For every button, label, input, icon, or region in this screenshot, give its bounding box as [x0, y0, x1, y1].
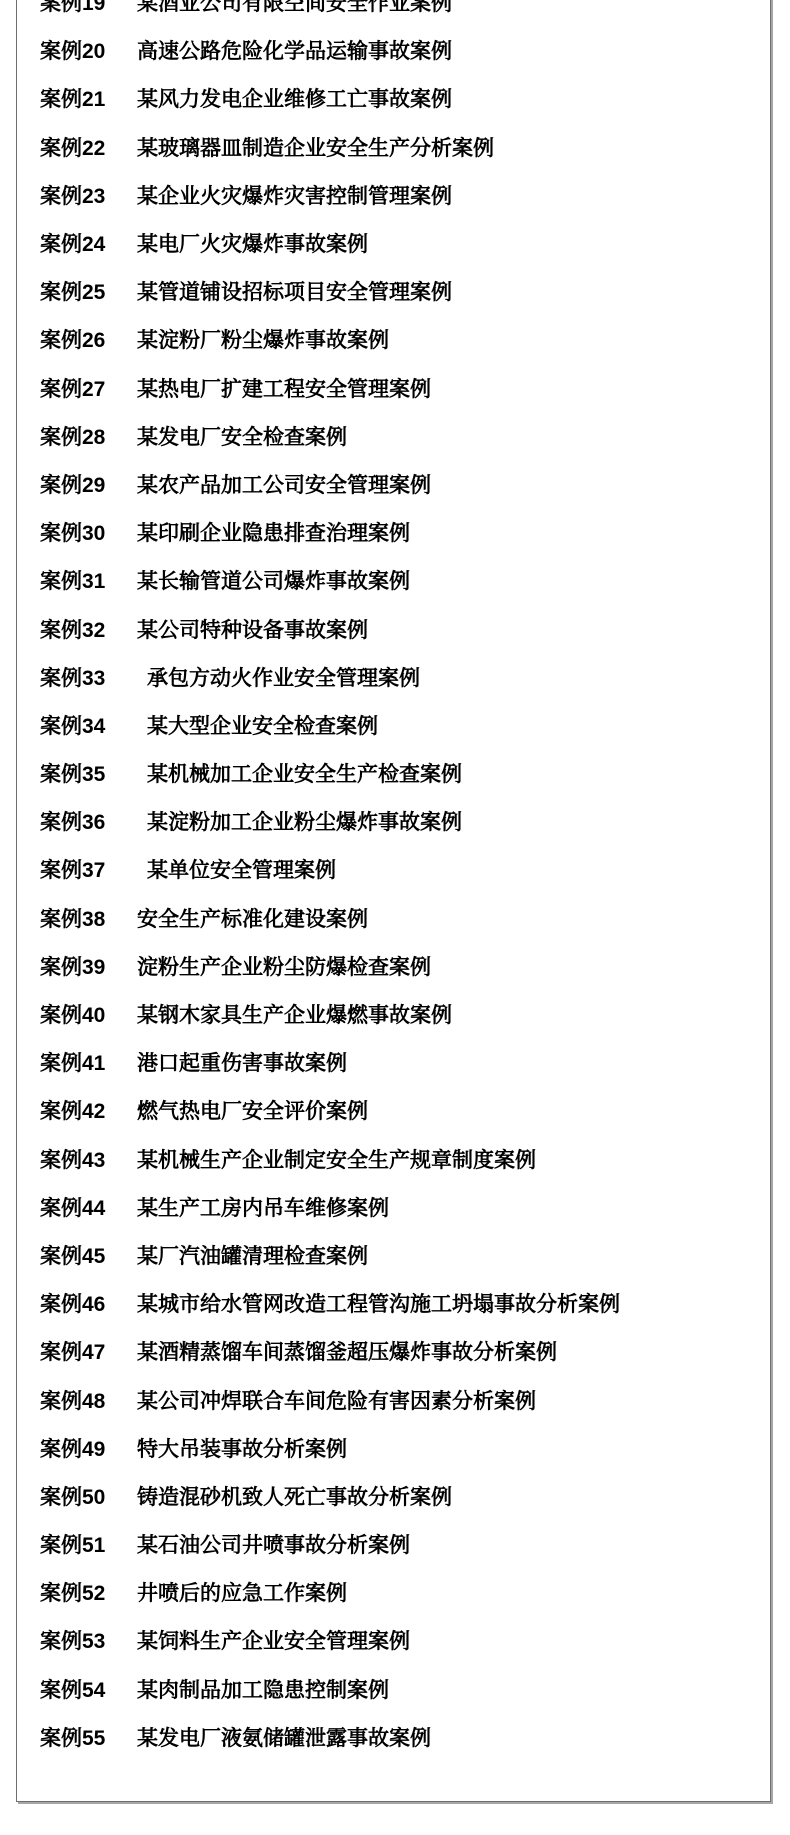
- case-number-label: 案例35: [40, 758, 137, 788]
- list-item: 案例33 承包方动火作业安全管理案例: [40, 653, 770, 701]
- list-item: 案例46 某城市给水管网改造工程管沟施工坍塌事故分析案例: [40, 1279, 770, 1327]
- case-number-label: 案例55: [40, 1722, 137, 1752]
- case-number-label: 案例20: [40, 35, 137, 65]
- list-item: 案例45 某厂汽油罐清理检查案例: [40, 1231, 770, 1279]
- case-number-label: 案例53: [40, 1625, 137, 1655]
- list-item: 案例40 某钢木家具生产企业爆燃事故案例: [40, 990, 770, 1038]
- list-item: 案例19 某酒业公司有限空间安全作业案例: [40, 0, 770, 26]
- list-item: 案例54 某肉制品加工隐患控制案例: [40, 1665, 770, 1713]
- case-title: 某机械加工企业安全生产检查案例: [147, 758, 462, 788]
- case-title: 某管道铺设招标项目安全管理案例: [137, 276, 452, 306]
- case-number-label: 案例29: [40, 469, 137, 499]
- case-number-label: 案例25: [40, 276, 137, 306]
- case-title: 港口起重伤害事故案例: [137, 1047, 347, 1077]
- list-item: 案例35 某机械加工企业安全生产检查案例: [40, 749, 770, 797]
- case-number-label: 案例40: [40, 999, 137, 1029]
- case-title: 某电厂火灾爆炸事故案例: [137, 228, 368, 258]
- case-title: 某淀粉厂粉尘爆炸事故案例: [137, 324, 389, 354]
- case-title: 某厂汽油罐清理检查案例: [137, 1240, 368, 1270]
- case-number-label: 案例52: [40, 1577, 137, 1607]
- list-item: 案例32 某公司特种设备事故案例: [40, 604, 770, 652]
- case-title: 某淀粉加工企业粉尘爆炸事故案例: [147, 806, 462, 836]
- document-page-frame: 案例19 某酒业公司有限空间安全作业案例 案例20 高速公路危险化学品运输事故案…: [16, 0, 771, 1802]
- list-item: 案例48 某公司冲焊联合车间危险有害因素分析案例: [40, 1375, 770, 1423]
- case-title: 安全生产标准化建设案例: [137, 903, 368, 933]
- case-number-label: 案例26: [40, 324, 137, 354]
- list-item: 案例23 某企业火灾爆炸灾害控制管理案例: [40, 171, 770, 219]
- case-number-label: 案例51: [40, 1529, 137, 1559]
- list-item: 案例44 某生产工房内吊车维修案例: [40, 1183, 770, 1231]
- list-item: 案例39 淀粉生产企业粉尘防爆检查案例: [40, 942, 770, 990]
- case-title: 某长输管道公司爆炸事故案例: [137, 565, 410, 595]
- list-item: 案例43 某机械生产企业制定安全生产规章制度案例: [40, 1135, 770, 1183]
- case-title: 承包方动火作业安全管理案例: [147, 662, 420, 692]
- case-title: 某生产工房内吊车维修案例: [137, 1192, 389, 1222]
- case-title: 某单位安全管理案例: [147, 854, 336, 884]
- list-item: 案例24 某电厂火灾爆炸事故案例: [40, 219, 770, 267]
- case-list: 案例19 某酒业公司有限空间安全作业案例 案例20 高速公路危险化学品运输事故案…: [17, 0, 770, 1761]
- list-item: 案例31 某长输管道公司爆炸事故案例: [40, 556, 770, 604]
- list-item: 案例38 安全生产标准化建设案例: [40, 894, 770, 942]
- case-number-label: 案例27: [40, 373, 137, 403]
- list-item: 案例37 某单位安全管理案例: [40, 845, 770, 893]
- case-title: 某农产品加工公司安全管理案例: [137, 469, 431, 499]
- list-item: 案例53 某饲料生产企业安全管理案例: [40, 1616, 770, 1664]
- list-item: 案例55 某发电厂液氨储罐泄露事故案例: [40, 1713, 770, 1761]
- case-number-label: 案例42: [40, 1095, 137, 1125]
- case-title: 某酒业公司有限空间安全作业案例: [137, 0, 452, 17]
- list-item: 案例51 某石油公司井喷事故分析案例: [40, 1520, 770, 1568]
- list-item: 案例50 铸造混砂机致人死亡事故分析案例: [40, 1472, 770, 1520]
- case-number-label: 案例46: [40, 1288, 137, 1318]
- case-title: 某大型企业安全检查案例: [147, 710, 378, 740]
- case-number-label: 案例54: [40, 1674, 137, 1704]
- list-item: 案例26 某淀粉厂粉尘爆炸事故案例: [40, 315, 770, 363]
- case-title: 某玻璃器皿制造企业安全生产分析案例: [137, 132, 494, 162]
- case-title: 某热电厂扩建工程安全管理案例: [137, 373, 431, 403]
- case-title: 铸造混砂机致人死亡事故分析案例: [137, 1481, 452, 1511]
- list-item: 案例49 特大吊装事故分析案例: [40, 1424, 770, 1472]
- list-item: 案例42 燃气热电厂安全评价案例: [40, 1086, 770, 1134]
- list-item: 案例47 某酒精蒸馏车间蒸馏釜超压爆炸事故分析案例: [40, 1327, 770, 1375]
- case-title: 某企业火灾爆炸灾害控制管理案例: [137, 180, 452, 210]
- case-number-label: 案例36: [40, 806, 137, 836]
- case-number-label: 案例38: [40, 903, 137, 933]
- case-title: 某公司特种设备事故案例: [137, 614, 368, 644]
- case-number-label: 案例43: [40, 1144, 137, 1174]
- list-item: 案例28 某发电厂安全检查案例: [40, 412, 770, 460]
- case-title: 某肉制品加工隐患控制案例: [137, 1674, 389, 1704]
- case-title: 井喷后的应急工作案例: [137, 1577, 347, 1607]
- case-number-label: 案例19: [40, 0, 137, 17]
- case-title: 燃气热电厂安全评价案例: [137, 1095, 368, 1125]
- list-item: 案例52 井喷后的应急工作案例: [40, 1568, 770, 1616]
- case-number-label: 案例28: [40, 421, 137, 451]
- list-item: 案例27 某热电厂扩建工程安全管理案例: [40, 364, 770, 412]
- case-number-label: 案例45: [40, 1240, 137, 1270]
- case-title: 某公司冲焊联合车间危险有害因素分析案例: [137, 1385, 536, 1415]
- case-number-label: 案例23: [40, 180, 137, 210]
- case-number-label: 案例37: [40, 854, 137, 884]
- case-number-label: 案例33: [40, 662, 137, 692]
- case-title: 某石油公司井喷事故分析案例: [137, 1529, 410, 1559]
- case-number-label: 案例22: [40, 132, 137, 162]
- case-title: 某机械生产企业制定安全生产规章制度案例: [137, 1144, 536, 1174]
- case-number-label: 案例47: [40, 1336, 137, 1366]
- case-title: 特大吊装事故分析案例: [137, 1433, 347, 1463]
- case-title: 某城市给水管网改造工程管沟施工坍塌事故分析案例: [137, 1288, 620, 1318]
- list-item: 案例21 某风力发电企业维修工亡事故案例: [40, 74, 770, 122]
- list-item: 案例22 某玻璃器皿制造企业安全生产分析案例: [40, 123, 770, 171]
- case-number-label: 案例49: [40, 1433, 137, 1463]
- case-number-label: 案例30: [40, 517, 137, 547]
- case-number-label: 案例41: [40, 1047, 137, 1077]
- list-item: 案例20 高速公路危险化学品运输事故案例: [40, 26, 770, 74]
- case-title: 某发电厂安全检查案例: [137, 421, 347, 451]
- case-title: 某风力发电企业维修工亡事故案例: [137, 83, 452, 113]
- list-item: 案例29 某农产品加工公司安全管理案例: [40, 460, 770, 508]
- case-number-label: 案例44: [40, 1192, 137, 1222]
- list-item: 案例30 某印刷企业隐患排查治理案例: [40, 508, 770, 556]
- case-title: 淀粉生产企业粉尘防爆检查案例: [137, 951, 431, 981]
- list-item: 案例34 某大型企业安全检查案例: [40, 701, 770, 749]
- case-number-label: 案例21: [40, 83, 137, 113]
- list-item: 案例25 某管道铺设招标项目安全管理案例: [40, 267, 770, 315]
- list-item: 案例41 港口起重伤害事故案例: [40, 1038, 770, 1086]
- case-title: 高速公路危险化学品运输事故案例: [137, 35, 452, 65]
- case-number-label: 案例50: [40, 1481, 137, 1511]
- case-number-label: 案例39: [40, 951, 137, 981]
- list-item: 案例36 某淀粉加工企业粉尘爆炸事故案例: [40, 797, 770, 845]
- case-title: 某钢木家具生产企业爆燃事故案例: [137, 999, 452, 1029]
- case-number-label: 案例24: [40, 228, 137, 258]
- case-number-label: 案例32: [40, 614, 137, 644]
- case-number-label: 案例34: [40, 710, 137, 740]
- case-title: 某饲料生产企业安全管理案例: [137, 1625, 410, 1655]
- case-title: 某酒精蒸馏车间蒸馏釜超压爆炸事故分析案例: [137, 1336, 557, 1366]
- case-number-label: 案例48: [40, 1385, 137, 1415]
- case-title: 某印刷企业隐患排查治理案例: [137, 517, 410, 547]
- case-title: 某发电厂液氨储罐泄露事故案例: [137, 1722, 431, 1752]
- case-number-label: 案例31: [40, 565, 137, 595]
